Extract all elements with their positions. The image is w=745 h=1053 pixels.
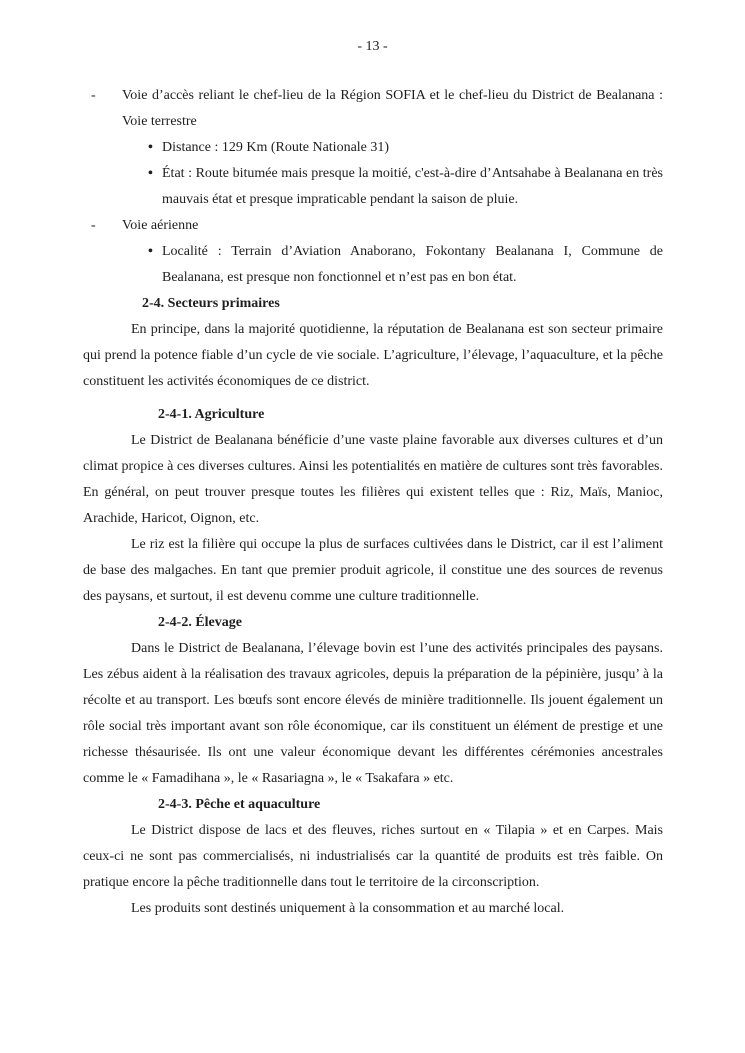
document-page: - 13 - - Voie d’accès reliant le chef-li…: [0, 0, 745, 1053]
paragraph: En principe, dans la majorité quotidienn…: [83, 317, 663, 395]
bullet-marker: •: [148, 239, 162, 265]
page-number: - 13 -: [0, 0, 745, 56]
section-heading-elevage: 2-4-2. Élevage: [158, 610, 663, 636]
paragraph: Le District dispose de lacs et des fleuv…: [83, 818, 663, 896]
section-heading-secteurs-primaires: 2-4. Secteurs primaires: [142, 291, 663, 317]
paragraph: Les produits sont destinés uniquement à …: [83, 896, 663, 922]
paragraph: Le District de Bealanana bénéficie d’une…: [83, 428, 663, 532]
list-sub-item: • État : Route bitumée mais presque la m…: [148, 161, 663, 213]
paragraph: Le riz est la filière qui occupe la plus…: [83, 532, 663, 610]
bullet-marker: •: [148, 135, 162, 161]
list-sub-item: • Localité : Terrain d’Aviation Anaboran…: [148, 239, 663, 291]
dash-marker: -: [91, 83, 122, 109]
dash-marker: -: [91, 213, 122, 239]
list-sub-item-text: Localité : Terrain d’Aviation Anaborano,…: [162, 239, 663, 291]
list-item-text: Voie aérienne: [122, 213, 663, 239]
list-item: - Voie d’accès reliant le chef-lieu de l…: [83, 83, 663, 135]
list-sub-item: • Distance : 129 Km (Route Nationale 31): [148, 135, 663, 161]
section-heading-peche-aquaculture: 2-4-3. Pêche et aquaculture: [158, 792, 663, 818]
section-heading-agriculture: 2-4-1. Agriculture: [158, 402, 663, 428]
list-sub-item-text: État : Route bitumée mais presque la moi…: [162, 161, 663, 213]
list-item-text: Voie d’accès reliant le chef-lieu de la …: [122, 83, 663, 135]
page-content: - Voie d’accès reliant le chef-lieu de l…: [0, 83, 745, 922]
list-item: - Voie aérienne: [83, 213, 663, 239]
list-sub-item-text: Distance : 129 Km (Route Nationale 31): [162, 135, 663, 161]
paragraph: Dans le District de Bealanana, l’élevage…: [83, 636, 663, 792]
bullet-marker: •: [148, 161, 162, 187]
